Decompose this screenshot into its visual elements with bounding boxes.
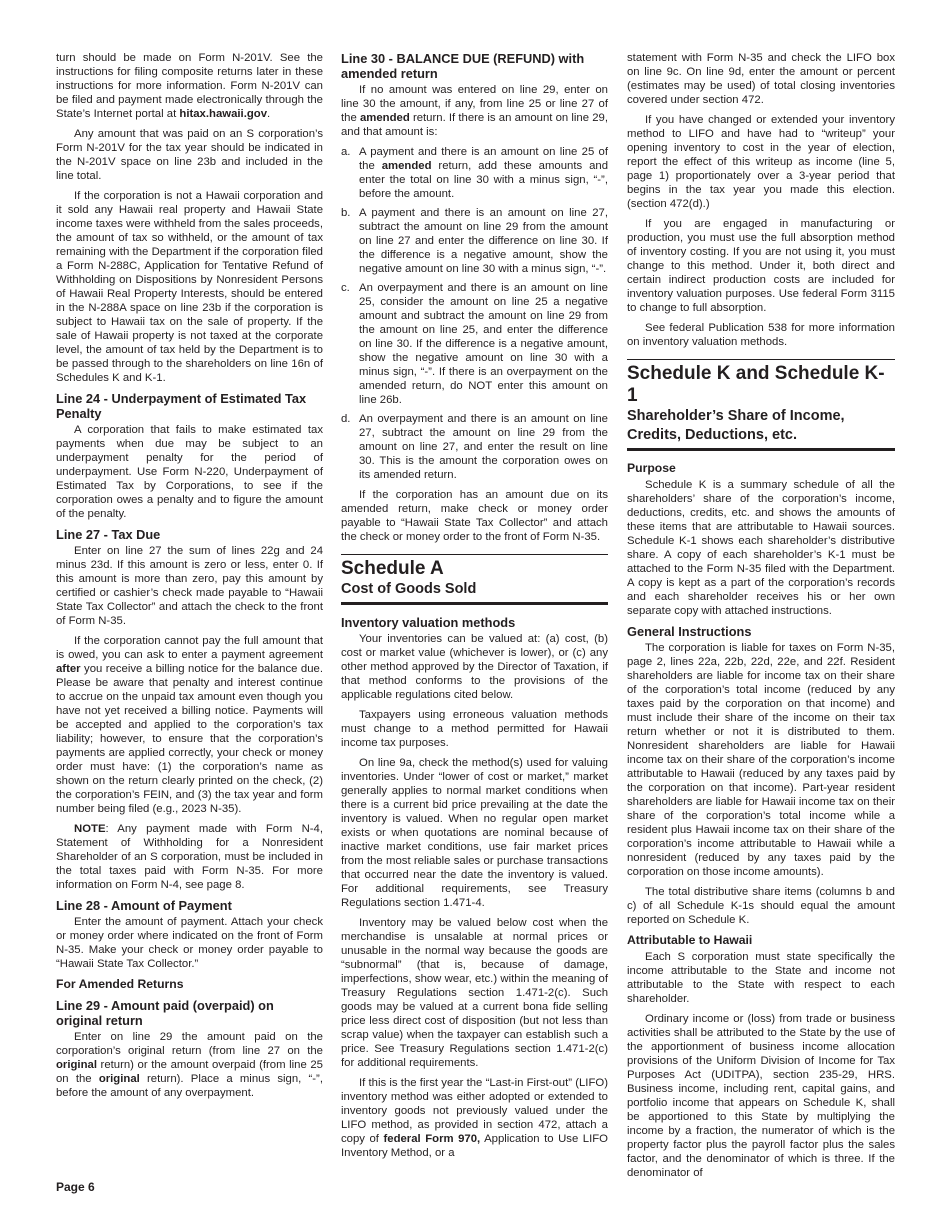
paragraph-amended-amount-due: If the corporation has an amount due on … [341,488,608,544]
schedule-k-subtitle: Shareholder’s Share of Income, Credits, … [627,407,895,445]
portal-link[interactable]: hitax.hawaii.gov [179,108,267,120]
paragraph-line-29: Enter on line 29 the amount paid on the … [56,1030,323,1100]
paragraph-note-n4: NOTE: Any payment made with Form N-4, St… [56,822,323,892]
paragraph-inventory-1: Your inventories can be valued at: (a) c… [341,632,608,702]
paragraph-lifo-writeup: If you have changed or extended your inv… [627,113,895,211]
page-number: Page 6 [56,1180,95,1194]
paragraph-n201v-filing: turn should be made on Form N-201V. See … [56,51,323,121]
list-item: a.A payment and there is an amount on li… [341,145,608,201]
list-item: d.An overpayment and there is an amount … [341,412,608,482]
line-30-cases-list: a.A payment and there is an amount on li… [341,145,608,482]
column-1: turn should be made on Form N-201V. See … [56,51,323,1106]
paragraph-line-28: Enter the amount of payment. Attach your… [56,915,323,971]
heading-line-30: Line 30 - BALANCE DUE (REFUND) with amen… [341,51,608,81]
schedule-k-header: Schedule K and Schedule K-1 Shareholder’… [627,359,895,451]
heading-amended-returns: For Amended Returns [56,977,323,992]
schedule-a-header: Schedule A Cost of Goods Sold [341,554,608,605]
heading-line-28: Line 28 - Amount of Payment [56,898,323,913]
paragraph-line-27-payment-agreement: If the corporation cannot pay the full a… [56,634,323,816]
list-item: c.An overpayment and there is an amount … [341,281,608,407]
note-label: NOTE [74,823,106,835]
schedule-a-subtitle: Cost of Goods Sold [341,580,608,599]
paragraph-line-24: A corporation that fails to make estimat… [56,423,323,521]
paragraph-real-property: If the corporation is not a Hawaii corpo… [56,189,323,385]
heading-inventory-valuation: Inventory valuation methods [341,615,608,630]
paragraph-inventory-4: Inventory may be valued below cost when … [341,916,608,1070]
heading-line-24: Line 24 - Underpayment of Estimated Tax … [56,391,323,421]
heading-line-29: Line 29 - Amount paid (overpaid) on orig… [56,998,323,1028]
paragraph-line-27-tax-due: Enter on line 27 the sum of lines 22g an… [56,544,323,628]
heading-line-27: Line 27 - Tax Due [56,527,323,542]
paragraph-full-absorption: If you are engaged in manufacturing or p… [627,217,895,315]
list-item: b.A payment and there is an amount on li… [341,206,608,276]
heading-purpose: Purpose [627,461,895,476]
paragraph-lifo-continued: statement with Form N-35 and check the L… [627,51,895,107]
schedule-a-title: Schedule A [341,558,608,580]
column-2: Line 30 - BALANCE DUE (REFUND) with amen… [341,51,608,1166]
paragraph-line-30: If no amount was entered on line 29, ent… [341,83,608,139]
schedule-k-title: Schedule K and Schedule K-1 [627,363,895,407]
heading-attributable-to-hawaii: Attributable to Hawaii [627,933,895,948]
paragraph-inventory-2: Taxpayers using erroneous valuation meth… [341,708,608,750]
paragraph-purpose: Schedule K is a summary schedule of all … [627,478,895,618]
paragraph-n201v-amount: Any amount that was paid on an S corpora… [56,127,323,183]
paragraph-attributable-2: Ordinary income or (loss) from trade or … [627,1012,895,1180]
heading-general-instructions: General Instructions [627,624,895,639]
paragraph-inventory-lifo: If this is the first year the “Last-in F… [341,1076,608,1160]
paragraph-general-2: The total distributive share items (colu… [627,885,895,927]
paragraph-general-1: The corporation is liable for taxes on F… [627,641,895,879]
paragraph-publication-538: See federal Publication 538 for more inf… [627,321,895,349]
paragraph-inventory-3: On line 9a, check the method(s) used for… [341,756,608,910]
paragraph-attributable-1: Each S corporation must state specifical… [627,950,895,1006]
column-3: statement with Form N-35 and check the L… [627,51,895,1186]
